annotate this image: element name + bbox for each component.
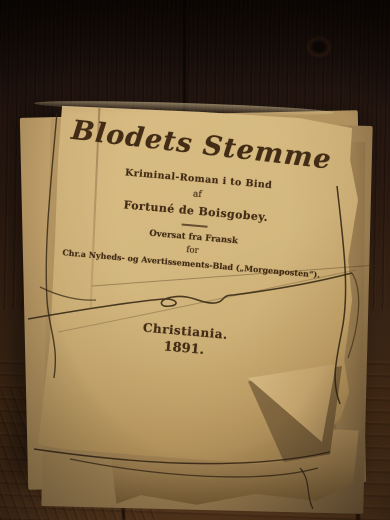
- photo-of-book-bundle: Blodets Stemme Kriminal-Roman i to Bind …: [0, 0, 390, 520]
- cover-text-block: Blodets Stemme Kriminal-Roman i to Bind …: [43, 106, 341, 399]
- wood-knot: [306, 36, 332, 58]
- cover-divider-rule: [182, 223, 208, 227]
